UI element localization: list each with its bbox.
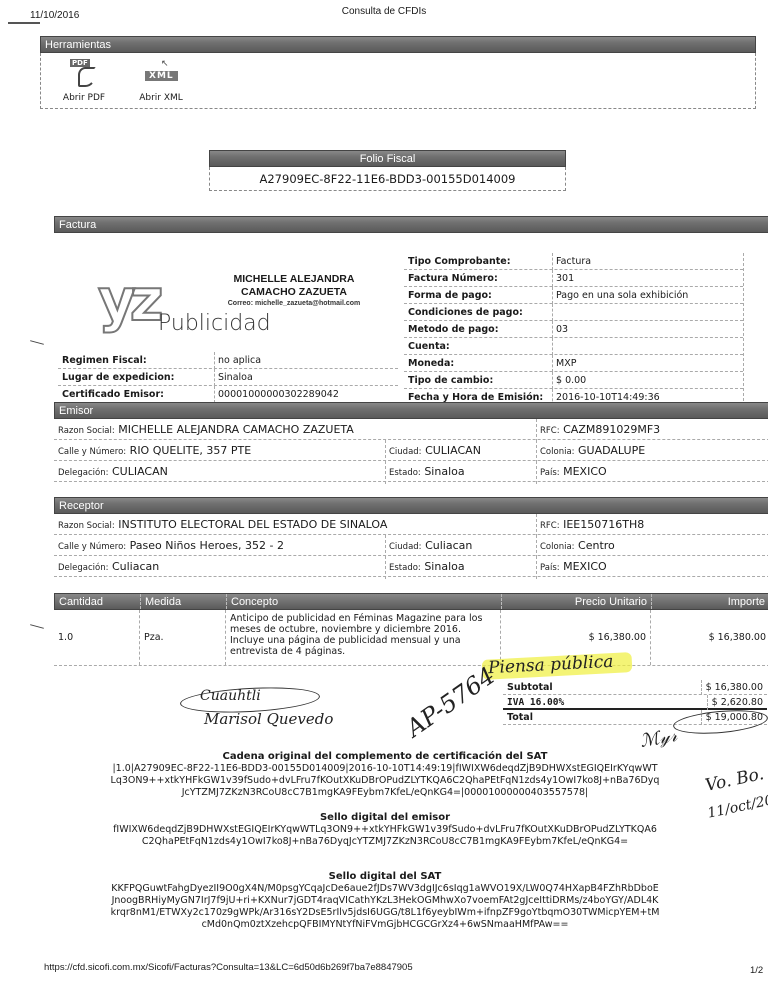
header-medida: Medida [141,594,227,609]
open-pdf-label: Abrir PDF [63,93,105,103]
header-precio-unitario: Precio Unitario [502,594,652,609]
table-row: 1.0 Pza. Anticipo de publicidad en Fémin… [54,610,768,666]
receptor-pais: MEXICO [563,560,607,573]
header-concepto: Concepto [227,594,502,609]
receptor-rfc: IEE150716TH8 [563,518,644,531]
issuer-name-line2: CAMACHO ZAZUETA [204,286,384,299]
field-regimen-fiscal: Regimen Fiscal:no aplica [58,352,398,369]
receptor-razon-social: INSTITUTO ELECTORAL DEL ESTADO DE SINALO… [118,518,387,531]
receptor-title: Receptor [54,497,768,514]
field-tipo-comprobante: Tipo Comprobante:Factura [404,253,743,270]
print-header: 11/10/2016 Consulta de CFDIs [0,6,768,22]
emisor-colonia: GUADALUPE [578,444,645,457]
approval-note: Vo. Bo. [704,764,766,796]
iva-row: IVA 16.00%$ 2,620.80 [503,695,767,710]
field-metodo-pago: Metodo de pago:03 [404,321,743,338]
receptor-estado: Sinaloa [424,560,464,573]
emisor-title: Emisor [54,402,768,419]
folio-fiscal-title: Folio Fiscal [209,150,566,167]
sello-emisor-section: Sello digital del emisor fIWIXW6deqdZjB9… [80,812,690,848]
emisor-razon-social: MICHELLE ALEJANDRA CAMACHO ZAZUETA [118,423,354,436]
field-cuenta: Cuenta: [404,338,743,355]
page-number: 1/2 [750,965,763,976]
receptor-calle: Paseo Niños Heroes, 352 - 2 [130,539,284,552]
subtotal-row: Subtotal$ 16,380.00 [503,680,767,695]
receptor-panel: Receptor Razon Social: INSTITUTO ELECTOR… [54,497,768,577]
receptor-delegacion: Culiacan [112,560,159,573]
field-forma-pago: Forma de pago:Pago en una sola exhibició… [404,287,743,304]
signature-name: Marisol Quevedo [204,710,333,728]
fiscal-details: Regimen Fiscal:no aplica Lugar de expedi… [58,352,398,403]
approval-signature: ℳ𝓎𝓇 [638,725,678,752]
emisor-rfc: CAZM891029MF3 [563,423,660,436]
tools-title: Herramientas [40,36,756,53]
handwritten-ap-note: AP-5764 [401,661,500,742]
cadena-original-section: Cadena original del complemento de certi… [80,751,690,799]
header-cantidad: Cantidad [55,594,141,609]
folio-fiscal-panel: Folio Fiscal A27909EC-8F22-11E6-BDD3-001… [209,150,566,191]
cell-importe: $ 16,380.00 [651,610,768,665]
emisor-pais: MEXICO [563,465,607,478]
field-condiciones-pago: Condiciones de pago: [404,304,743,321]
field-lugar-expedicion: Lugar de expedicion:Sinaloa [58,369,398,386]
emisor-panel: Emisor Razon Social: MICHELLE ALEJANDRA … [54,402,768,482]
emisor-ciudad: CULIACAN [425,444,481,457]
sello-sat-title: Sello digital del SAT [80,871,690,883]
open-xml-button[interactable]: ↖ XML Abrir XML [134,59,188,103]
margin-mark [30,624,44,629]
invoice-details: Tipo Comprobante:Factura Factura Número:… [404,253,744,406]
emisor-delegacion: CULIACAN [112,465,168,478]
approval-date: 11/oct/201 [706,790,768,821]
open-pdf-button[interactable]: PDF Abrir PDF [57,59,111,103]
receptor-colonia: Centro [578,539,615,552]
sello-emisor-value: fIWIXW6deqdZjB9DHWXstEGIQEIrKYqwWTLq3ON9… [80,824,690,848]
field-factura-numero: Factura Número:301 [404,270,743,287]
cell-concepto: Anticipo de publicidad en Féminas Magazi… [226,610,501,665]
pdf-icon: PDF [66,59,102,89]
cadena-original-title: Cadena original del complemento de certi… [80,751,690,763]
cadena-original-value: |1.0|A27909EC-8F22-11E6-BDD3-00155D01400… [80,763,690,799]
header-importe: Importe [652,594,768,609]
open-xml-label: Abrir XML [139,93,183,103]
issuer-block: MICHELLE ALEJANDRA CAMACHO ZAZUETA Corre… [204,273,384,307]
print-title: Consulta de CFDIs [0,6,768,17]
issuer-name-line1: MICHELLE ALEJANDRA [204,273,384,286]
receptor-ciudad: Culiacan [425,539,472,552]
items-header: Cantidad Medida Concepto Precio Unitario… [54,593,768,610]
signature-scrawl: Cuauhtli [200,688,261,704]
factura-title: Factura [54,216,768,233]
emisor-calle: RIO QUELITE, 357 PTE [130,444,252,457]
field-moneda: Moneda:MXP [404,355,743,372]
folio-fiscal-value: A27909EC-8F22-11E6-BDD3-00155D014009 [209,167,566,191]
factura-panel: Factura yz Publicidad MICHELLE ALEJANDRA… [54,216,768,403]
margin-mark [30,340,44,345]
sello-sat-value: KKFPQGuwtFahgDyezII9O0gX4N/M0psgYCqaJcDe… [80,883,690,931]
footer-url: https://cfd.sicofi.com.mx/Sicofi/Factura… [44,962,413,973]
scan-mark [8,22,40,24]
tools-panel: Herramientas PDF Abrir PDF ↖ XML Abrir X… [40,36,756,109]
cell-cantidad: 1.0 [54,610,140,665]
field-tipo-cambio: Tipo de cambio:$ 0.00 [404,372,743,389]
issuer-email: Correo: michelle_zazueta@hotmail.com [204,300,384,307]
xml-icon: ↖ XML [143,59,179,89]
emisor-estado: Sinaloa [424,465,464,478]
cell-medida: Pza. [140,610,226,665]
sello-emisor-title: Sello digital del emisor [80,812,690,824]
sello-sat-section: Sello digital del SAT KKFPQGuwtFahgDyezI… [80,871,690,931]
items-table: Cantidad Medida Concepto Precio Unitario… [54,593,768,666]
field-certificado-emisor: Certificado Emisor:00001000000302289042 [58,386,398,403]
